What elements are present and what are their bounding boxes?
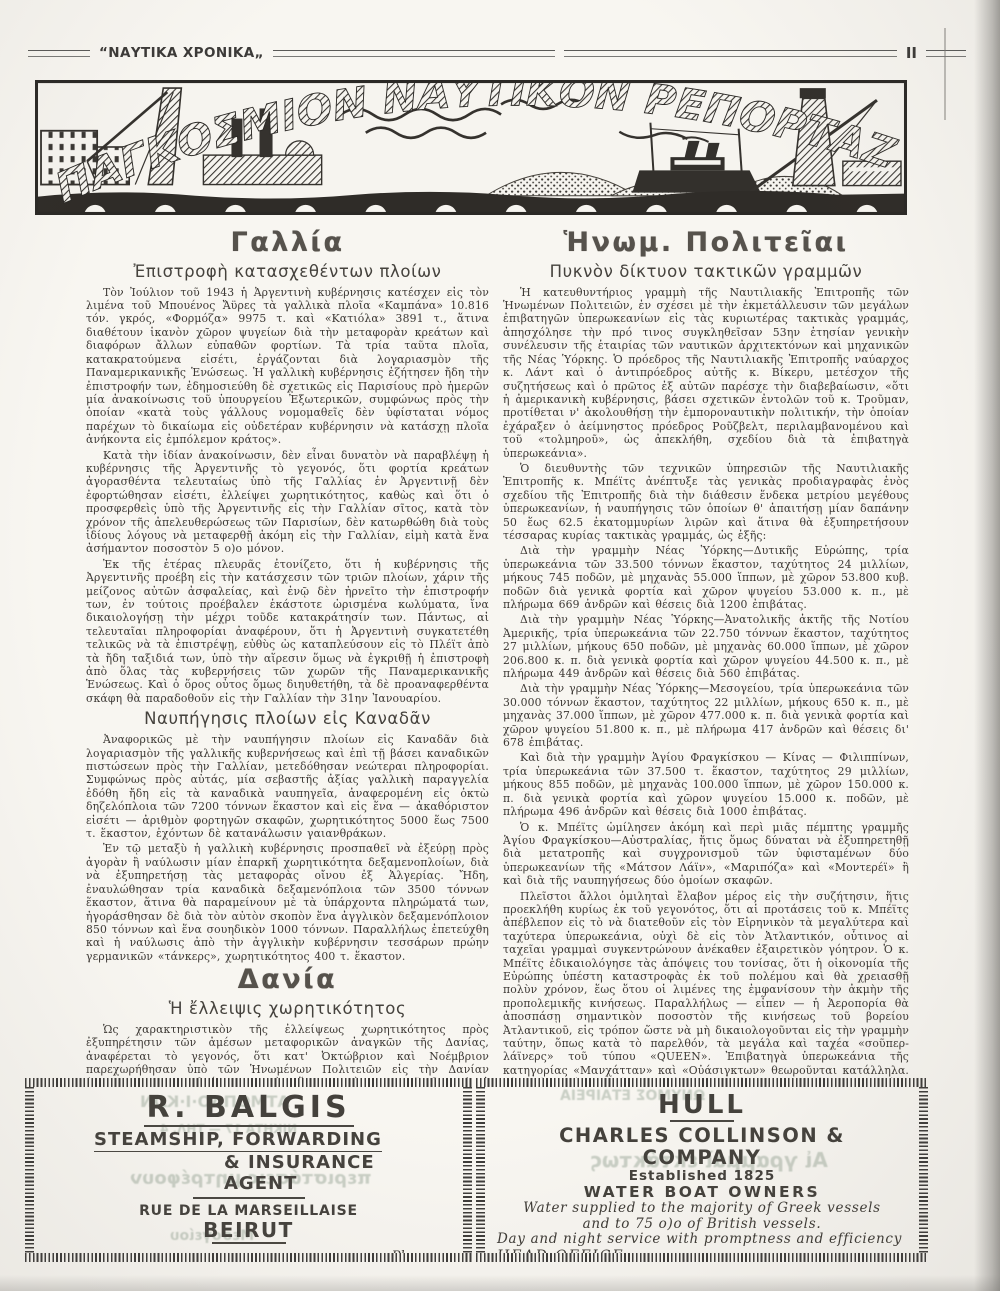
masthead-title: “ΝΑΥΤΙΚΑ ΧΡΟΝΙΚΑ„ bbox=[99, 45, 264, 61]
scan-crease bbox=[944, 28, 946, 120]
ad-balgis-phone-label: Phone: bbox=[301, 1249, 451, 1253]
rule bbox=[193, 1197, 305, 1199]
section-heading-returned-ships: Ἐπιστροφὴ κατασχεθέντων πλοίων bbox=[86, 263, 489, 282]
ad-hull-head-office-label: HEAD OFFICE: bbox=[497, 1248, 907, 1254]
paragraph: Τὸν Ἰούλιον τοῦ 1943 ἡ Ἀργεντινὴ κυβέρνη… bbox=[86, 286, 489, 447]
right-column: Ἡνωμ. Πολιτεῖαι Πυκνὸν δίκτυον τακτικῶν … bbox=[503, 226, 909, 1078]
ad-hull-company: CHARLES COLLINSON & COMPANY bbox=[497, 1125, 907, 1169]
ad-balgis-content: R. BALGIS STEAMSHIP, FORWARDING & INSURA… bbox=[34, 1087, 463, 1253]
paragraph: Διὰ τὴν γραμμὴν Νέας Ὑόρκης—Μεσογείου, τ… bbox=[503, 682, 909, 749]
paragraph: Ὁ διευθυντὴς τῶν τεχνικῶν ὑπηρεσιῶν τῆς … bbox=[503, 462, 909, 542]
paragraph: Ἡ κατευθυντήριος γραμμὴ τῆς Ναυτιλιακῆς … bbox=[503, 286, 909, 460]
ad-hull-desc2: and to 75 o)o of British vessels. bbox=[497, 1217, 907, 1233]
article-title-usa: Ἡνωμ. Πολιτεῖαι bbox=[503, 228, 909, 258]
banner-illustration: ΠΑΓΚΟΣΜΙΟΝ ΝΑΥΤΙΚΟΝ ΡΕΠΟΡΤΑΖ bbox=[35, 80, 907, 215]
left-column: Γαλλία Ἐπιστροφὴ κατασχεθέντων πλοίων Τὸ… bbox=[86, 226, 489, 1078]
ornamental-border-top bbox=[476, 1078, 928, 1087]
paragraph: Καὶ διὰ τὴν γραμμὴν Ἁγίου Φραγκίσκου — Κ… bbox=[503, 751, 909, 818]
ad-balgis-street: RUE DE LA MARSEILLAISE bbox=[46, 1203, 451, 1219]
ad-balgis-city: BEIRUT bbox=[46, 1219, 451, 1241]
article-france: Γαλλία Ἐπιστροφὴ κατασχεθέντων πλοίων Τὸ… bbox=[86, 228, 489, 963]
paragraph: Κατὰ τὴν ἰδίαν ἀνακοίνωσιν, δὲν εἶναι δυ… bbox=[86, 449, 489, 556]
ad-balgis-line1: STEAMSHIP, FORWARDING bbox=[94, 1130, 382, 1152]
header-rule-mid2 bbox=[564, 50, 897, 57]
header-rule-left bbox=[28, 50, 90, 57]
article-title-france: Γαλλία bbox=[86, 228, 489, 258]
paragraph: Ἀναφορικῶς μὲ τὴν ναυπήγησιν πλοίων εἰς … bbox=[86, 733, 489, 840]
ad-hull-desc1: Water supplied to the majority of Greek … bbox=[497, 1201, 907, 1217]
ad-hull-desc3: Day and night service with promptness an… bbox=[497, 1232, 907, 1248]
article-denmark: Δανία Ἡ ἔλλειψις χωρητικότητος Ὡς χαρακτ… bbox=[86, 965, 489, 1078]
magazine-page: “ΝΑΥΤΙΚΑ ΧΡΟΝΙΚΑ„ II bbox=[0, 0, 1000, 1291]
article-title-denmark: Δανία bbox=[86, 965, 489, 995]
section-heading-tonnage-shortage: Ἡ ἔλλειψις χωρητικότητος bbox=[86, 1000, 489, 1019]
ad-hull-subtitle: WATER BOAT OWNERS bbox=[497, 1184, 907, 1201]
ad-balgis-name: R. BALGIS bbox=[46, 1092, 451, 1124]
ornamental-border-left bbox=[25, 1087, 34, 1253]
ornamental-border-right bbox=[463, 1087, 472, 1253]
harbor-scene-drawing: ΠΑΓΚΟΣΜΙΟΝ ΝΑΥΤΙΚΟΝ ΡΕΠΟΡΤΑΖ bbox=[35, 80, 907, 215]
ornamental-border-top bbox=[25, 1078, 472, 1087]
section-heading-regular-lines: Πυκνὸν δίκτυον τακτικῶν γραμμῶν bbox=[503, 263, 909, 282]
rule bbox=[670, 1120, 734, 1122]
ornamental-border-bottom bbox=[25, 1253, 472, 1262]
paragraph: Διὰ τὴν γραμμὴν Νέας Ὑόρκης—Δυτικῆς Εὐρώ… bbox=[503, 544, 909, 611]
article-usa: Ἡνωμ. Πολιτεῖαι Πυκνὸν δίκτυον τακτικῶν … bbox=[503, 228, 909, 1078]
paragraph: Ἐν τῷ μεταξὺ ἡ γαλλικὴ κυβέρνησις προσπα… bbox=[86, 842, 489, 963]
page-number: II bbox=[906, 44, 917, 62]
paragraph: Ὁ κ. Μπέϊτς ὡμίλησεν ἀκόμη καὶ περὶ μιᾶς… bbox=[503, 821, 909, 888]
section-heading-canada-shipbuilding: Ναυπήγησις πλοίων εἰς Καναδᾶν bbox=[86, 710, 489, 729]
ornamental-border-right bbox=[919, 1087, 928, 1253]
page-header: “ΝΑΥΤΙΚΑ ΧΡΟΝΙΚΑ„ II bbox=[28, 44, 966, 62]
scan-edge-shadow-bottom bbox=[0, 1275, 1000, 1291]
ornamental-border-bottom bbox=[476, 1253, 928, 1262]
rule bbox=[144, 1125, 354, 1127]
sea-waves bbox=[37, 191, 905, 215]
paragraph: Διὰ τὴν γραμμὴν Νέας Ὑόρκης—Ἀνατολικῆς ἀ… bbox=[503, 613, 909, 680]
ad-balgis: R. BALGIS STEAMSHIP, FORWARDING & INSURA… bbox=[25, 1078, 472, 1262]
ad-hull-content: HULL CHARLES COLLINSON & COMPANY Establi… bbox=[485, 1087, 919, 1253]
ad-balgis-line2: & INSURANCE AGENT bbox=[224, 1152, 451, 1194]
header-rule-mid1 bbox=[273, 50, 555, 57]
ad-hull-city: HULL bbox=[497, 1092, 907, 1119]
paragraph: Ἐκ τῆς ἑτέρας πλευρᾶς ἐτονίζετο, ὅτι ἡ κ… bbox=[86, 558, 489, 705]
rule bbox=[212, 1242, 286, 1244]
ad-hull-established: Established 1825 bbox=[497, 1169, 907, 1184]
scan-edge-shadow-right bbox=[974, 0, 1000, 1291]
ornamental-border-left bbox=[476, 1087, 485, 1253]
header-rule-right bbox=[926, 50, 966, 57]
paragraph: Ὡς χαρακτηριστικὸν τῆς ἐλλείψεως χωρητικ… bbox=[86, 1023, 489, 1078]
ad-hull: HULL CHARLES COLLINSON & COMPANY Establi… bbox=[476, 1078, 928, 1262]
paragraph: Πλεῖστοι ἄλλοι ὁμιληταὶ ἔλαβον μέρος εἰς… bbox=[503, 890, 909, 1078]
